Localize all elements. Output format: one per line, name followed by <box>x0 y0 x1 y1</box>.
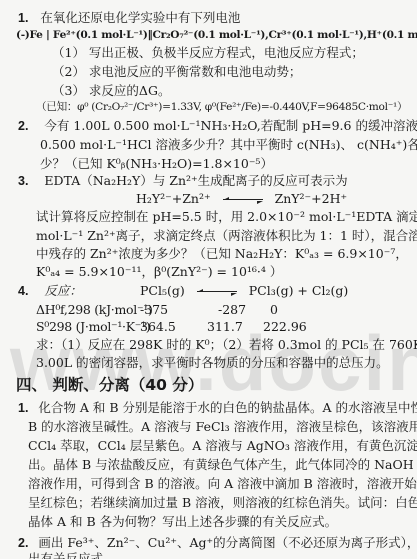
question-text: 在氧化还原电化学实验中有下列电池 <box>40 10 240 25</box>
edta-equation: H₂Y²⁻+Zn²⁺ ZnY²⁻+2H⁺ <box>136 191 347 206</box>
cell-notation: (-)Fe | Fe²⁺(0.1 mol·L⁻¹)‖Cr₂O₇²⁻(0.1 mo… <box>16 28 417 43</box>
section4-question-1-line-7: 晶体 A 和 B 各为何物？写出上述各步骤的有关反应式。 <box>28 514 337 529</box>
question-1-part-3: （3） 求反应的ΔG。 <box>52 83 170 98</box>
question-number: 2. <box>18 536 28 550</box>
table-row-label-enthalpy: ΔH⁰f,298 (kJ·mol⁻¹) <box>36 302 153 317</box>
question-text: 今有 1.00L 0.500 mol·L⁻¹NH₃·H₂O,若配制 pH=9.6… <box>44 118 417 133</box>
equilibrium-arrow-icon <box>197 291 237 292</box>
question-1-part-1: （1） 写出正极、负极半反应方程式，电池反应方程式； <box>52 45 364 60</box>
table-cell: 222.96 <box>263 319 307 334</box>
question-4-title: 4. 反应： <box>18 283 82 299</box>
question-number: 1. <box>18 11 28 25</box>
section4-question-1-line-5: 溶液作用，可得到含 B 的溶液。向 A 溶液中滴加 B 溶液时，溶液开始 <box>28 476 417 491</box>
question-text: EDTA（Na₂H₂Y）与 Zn²⁺生成配离子的反应可表示为 <box>44 173 347 188</box>
question-1-part-2: （2） 求电池反应的平衡常数和电池电动势； <box>52 64 301 79</box>
question-4-line-2: 3.00L 的密闭容器，求平衡时各物质的分压和容器中的总压力。 <box>36 355 389 370</box>
section4-question-1-line-2: B 的水溶液呈碱性。A 溶液与 FeCl₃ 溶液作用，溶液呈棕色，该溶液用 <box>28 419 417 434</box>
section4-question-2-line-2: 出有关反应式。 <box>28 551 116 559</box>
question-number: 3. <box>18 174 28 188</box>
question-text: 画出 Fe³⁺、Zn²⁻、Cu²⁺、Ag⁺的分离简图（不必还原为离子形式），并写 <box>38 535 417 550</box>
question-3-line-3: 中残存的 Zn²⁺浓度为多少？（已知 Na₂H₂Y：K⁰ₐ₃ = 6.9×10⁻… <box>36 246 408 261</box>
section4-question-1-line-6: 呈红棕色；若继续滴加过量 B 溶液，则溶液的红棕色消失。试问：白色 <box>28 495 417 510</box>
question-3-line-2: mol·L⁻¹ Zn²⁺离子，求滴定终点（两溶液体积比为 1：1 时），混合溶液 <box>36 228 417 243</box>
section-heading: 四、 判断、分离（40 分） <box>16 376 203 394</box>
equation-right: ZnY²⁻+2H⁺ <box>275 191 348 206</box>
pcl5-reaction: PCl₅(g) PCl₃(g) + Cl₂(g) <box>140 283 348 298</box>
table-cell: -287 <box>218 302 246 317</box>
question-1-title: 1. 在氧化还原电化学实验中有下列电池 <box>18 10 240 26</box>
question-text: 反应： <box>44 283 82 298</box>
table-cell: 0 <box>270 302 278 317</box>
reactant: PCl₅(g) <box>140 283 185 298</box>
table-cell: 364.5 <box>140 319 176 334</box>
table-cell: 311.7 <box>207 319 243 334</box>
table-row-label-entropy: S⁰298 (J·mol⁻¹·K⁻¹) <box>36 319 150 334</box>
equation-left: H₂Y²⁻+Zn²⁺ <box>136 191 211 206</box>
exam-page: www.docin.com 1. 在氧化还原电化学实验中有下列电池 (-)Fe … <box>0 0 417 559</box>
section4-question-2-line-1: 2. 画出 Fe³⁺、Zn²⁻、Cu²⁺、Ag⁺的分离简图（不必还原为离子形式）… <box>18 535 417 551</box>
question-3-line-1: 试计算将反应控制在 pH=5.5 时，用 2.0×10⁻² mol·L⁻¹EDT… <box>36 209 417 224</box>
section4-question-1-line-3: CCl₄ 萃取，CCl₄ 层呈紫色。A 溶液与 AgNO₃ 溶液作用，有黄色沉淀… <box>28 438 417 453</box>
question-3-line-4: K⁰ₐ₄ = 5.9×10⁻¹¹，β⁰(ZnY²⁻) = 10¹⁶·⁴ ） <box>36 264 282 279</box>
question-4-line-1: 求：（1）反应在 298K 时的 K⁰；（2）若将 0.3mol 的 PCl₅ … <box>36 337 417 352</box>
section4-question-1-line-4: 出。晶体 B 与浓盐酸反应，有黄绿色气体产生，此气体同冷的 NaOH <box>28 457 414 472</box>
question-number: 1. <box>18 401 28 415</box>
question-1-given: （已知：φ⁰ (Cr₂O₇²⁻/Cr³⁺)=1.33V, φ⁰(Fe²⁺/Fe)… <box>36 100 407 115</box>
question-text: 化合物 A 和 B 分别是能溶于水的白色的钠盐晶体。A 的水溶液呈中性， <box>38 400 417 415</box>
table-cell: -375 <box>140 302 168 317</box>
question-2-line-2: 0.500 mol·L⁻¹HCl 溶液多少升？其中平衡时 c(NH₃)、 c(N… <box>40 137 417 152</box>
section4-question-1-line-1: 1. 化合物 A 和 B 分别是能溶于水的白色的钠盐晶体。A 的水溶液呈中性， <box>18 400 417 416</box>
question-2-line-3: 少？（已知 K⁰ᵦ(NH₃·H₂O)=1.8×10⁻⁵） <box>40 156 273 171</box>
equilibrium-arrow-icon <box>223 199 263 200</box>
question-number: 2. <box>18 119 28 133</box>
question-3-title: 3. EDTA（Na₂H₂Y）与 Zn²⁺生成配离子的反应可表示为 <box>18 173 348 189</box>
products: PCl₃(g) + Cl₂(g) <box>249 283 349 298</box>
question-2-line-1: 2. 今有 1.00L 0.500 mol·L⁻¹NH₃·H₂O,若配制 pH=… <box>18 118 417 134</box>
question-number: 4. <box>18 284 28 298</box>
